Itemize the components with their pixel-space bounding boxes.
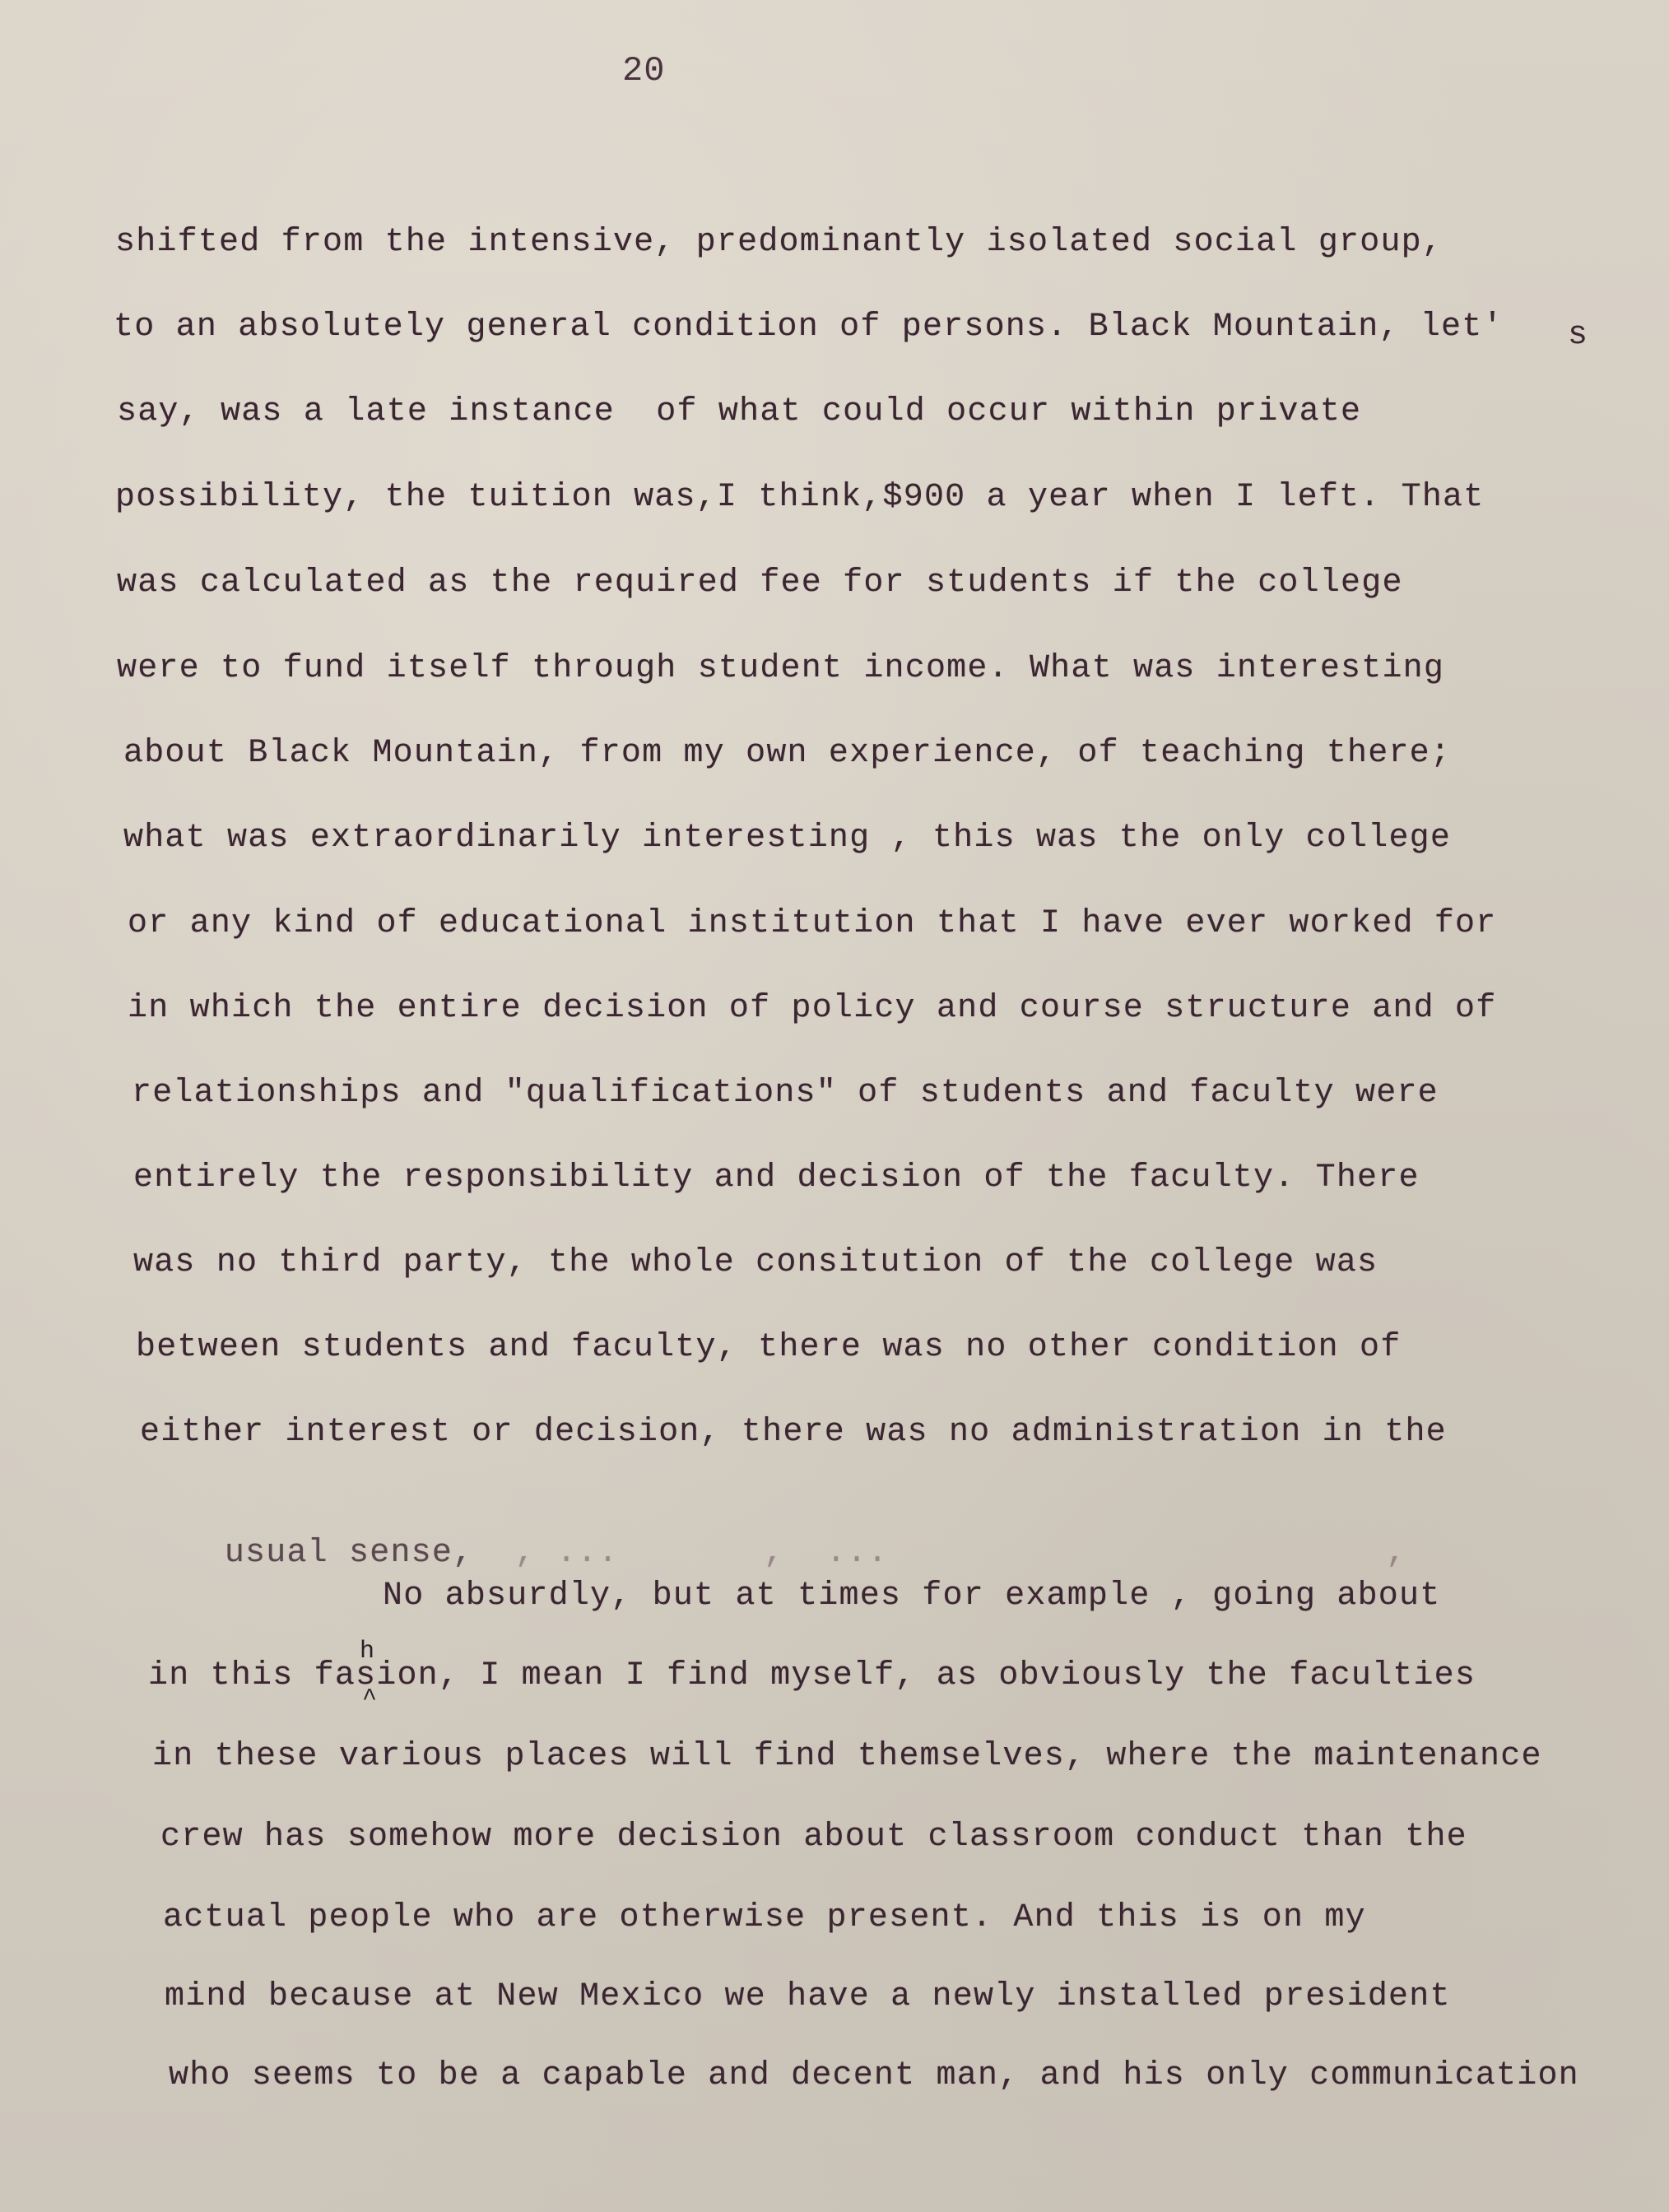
caret-mark-icon: ^ <box>362 1685 377 1713</box>
text-line: actual people who are otherwise present.… <box>163 1899 1366 1936</box>
text-line: were to fund itself through student inco… <box>117 650 1444 687</box>
margin-overflow-char: s <box>1568 317 1588 354</box>
text-line: was no third party, the whole consitutio… <box>133 1244 1378 1281</box>
text-line: relationships and "qualifications" of st… <box>132 1075 1439 1112</box>
text-line: either interest or decision, there was n… <box>140 1414 1447 1451</box>
text-line: entirely the responsibility and decision… <box>133 1159 1420 1197</box>
text-line: No absurdly, but at times for example , … <box>383 1578 1440 1615</box>
text-line: was calculated as the required fee for s… <box>117 565 1403 602</box>
text-line: shifted from the intensive, predominantl… <box>115 224 1443 261</box>
text-line: about Black Mountain, from my own experi… <box>123 735 1451 772</box>
faded-illegible-text: , ... , ... , <box>473 1535 1406 1572</box>
text-line: mind because at New Mexico we have a new… <box>165 1978 1451 2015</box>
text-line: between students and faculty, there was … <box>136 1329 1401 1366</box>
page-number: 20 <box>622 51 665 91</box>
text-line: who seems to be a capable and decent man… <box>169 2057 1579 2094</box>
text-line: what was extraordinarily interesting , t… <box>123 820 1451 857</box>
text-line: crew has somehow more decision about cla… <box>160 1819 1467 1856</box>
typewritten-page: 20 shifted from the intensive, predomina… <box>0 0 1669 2212</box>
text-line: or any kind of educational institution t… <box>128 905 1496 942</box>
handwritten-insertion-mark: h <box>360 1638 374 1666</box>
text-line: in this fasion, I mean I find myself, as… <box>148 1657 1476 1694</box>
text-line-visible-part: usual sense, <box>225 1535 473 1572</box>
text-line: in which the entire decision of policy a… <box>128 990 1496 1027</box>
text-line: possibility, the tuition was,I think,$90… <box>115 479 1484 516</box>
text-line: say, was a late instance of what could o… <box>117 393 1361 430</box>
text-line: in these various places will find themse… <box>152 1738 1542 1775</box>
text-line: to an absolutely general condition of pe… <box>114 309 1504 346</box>
